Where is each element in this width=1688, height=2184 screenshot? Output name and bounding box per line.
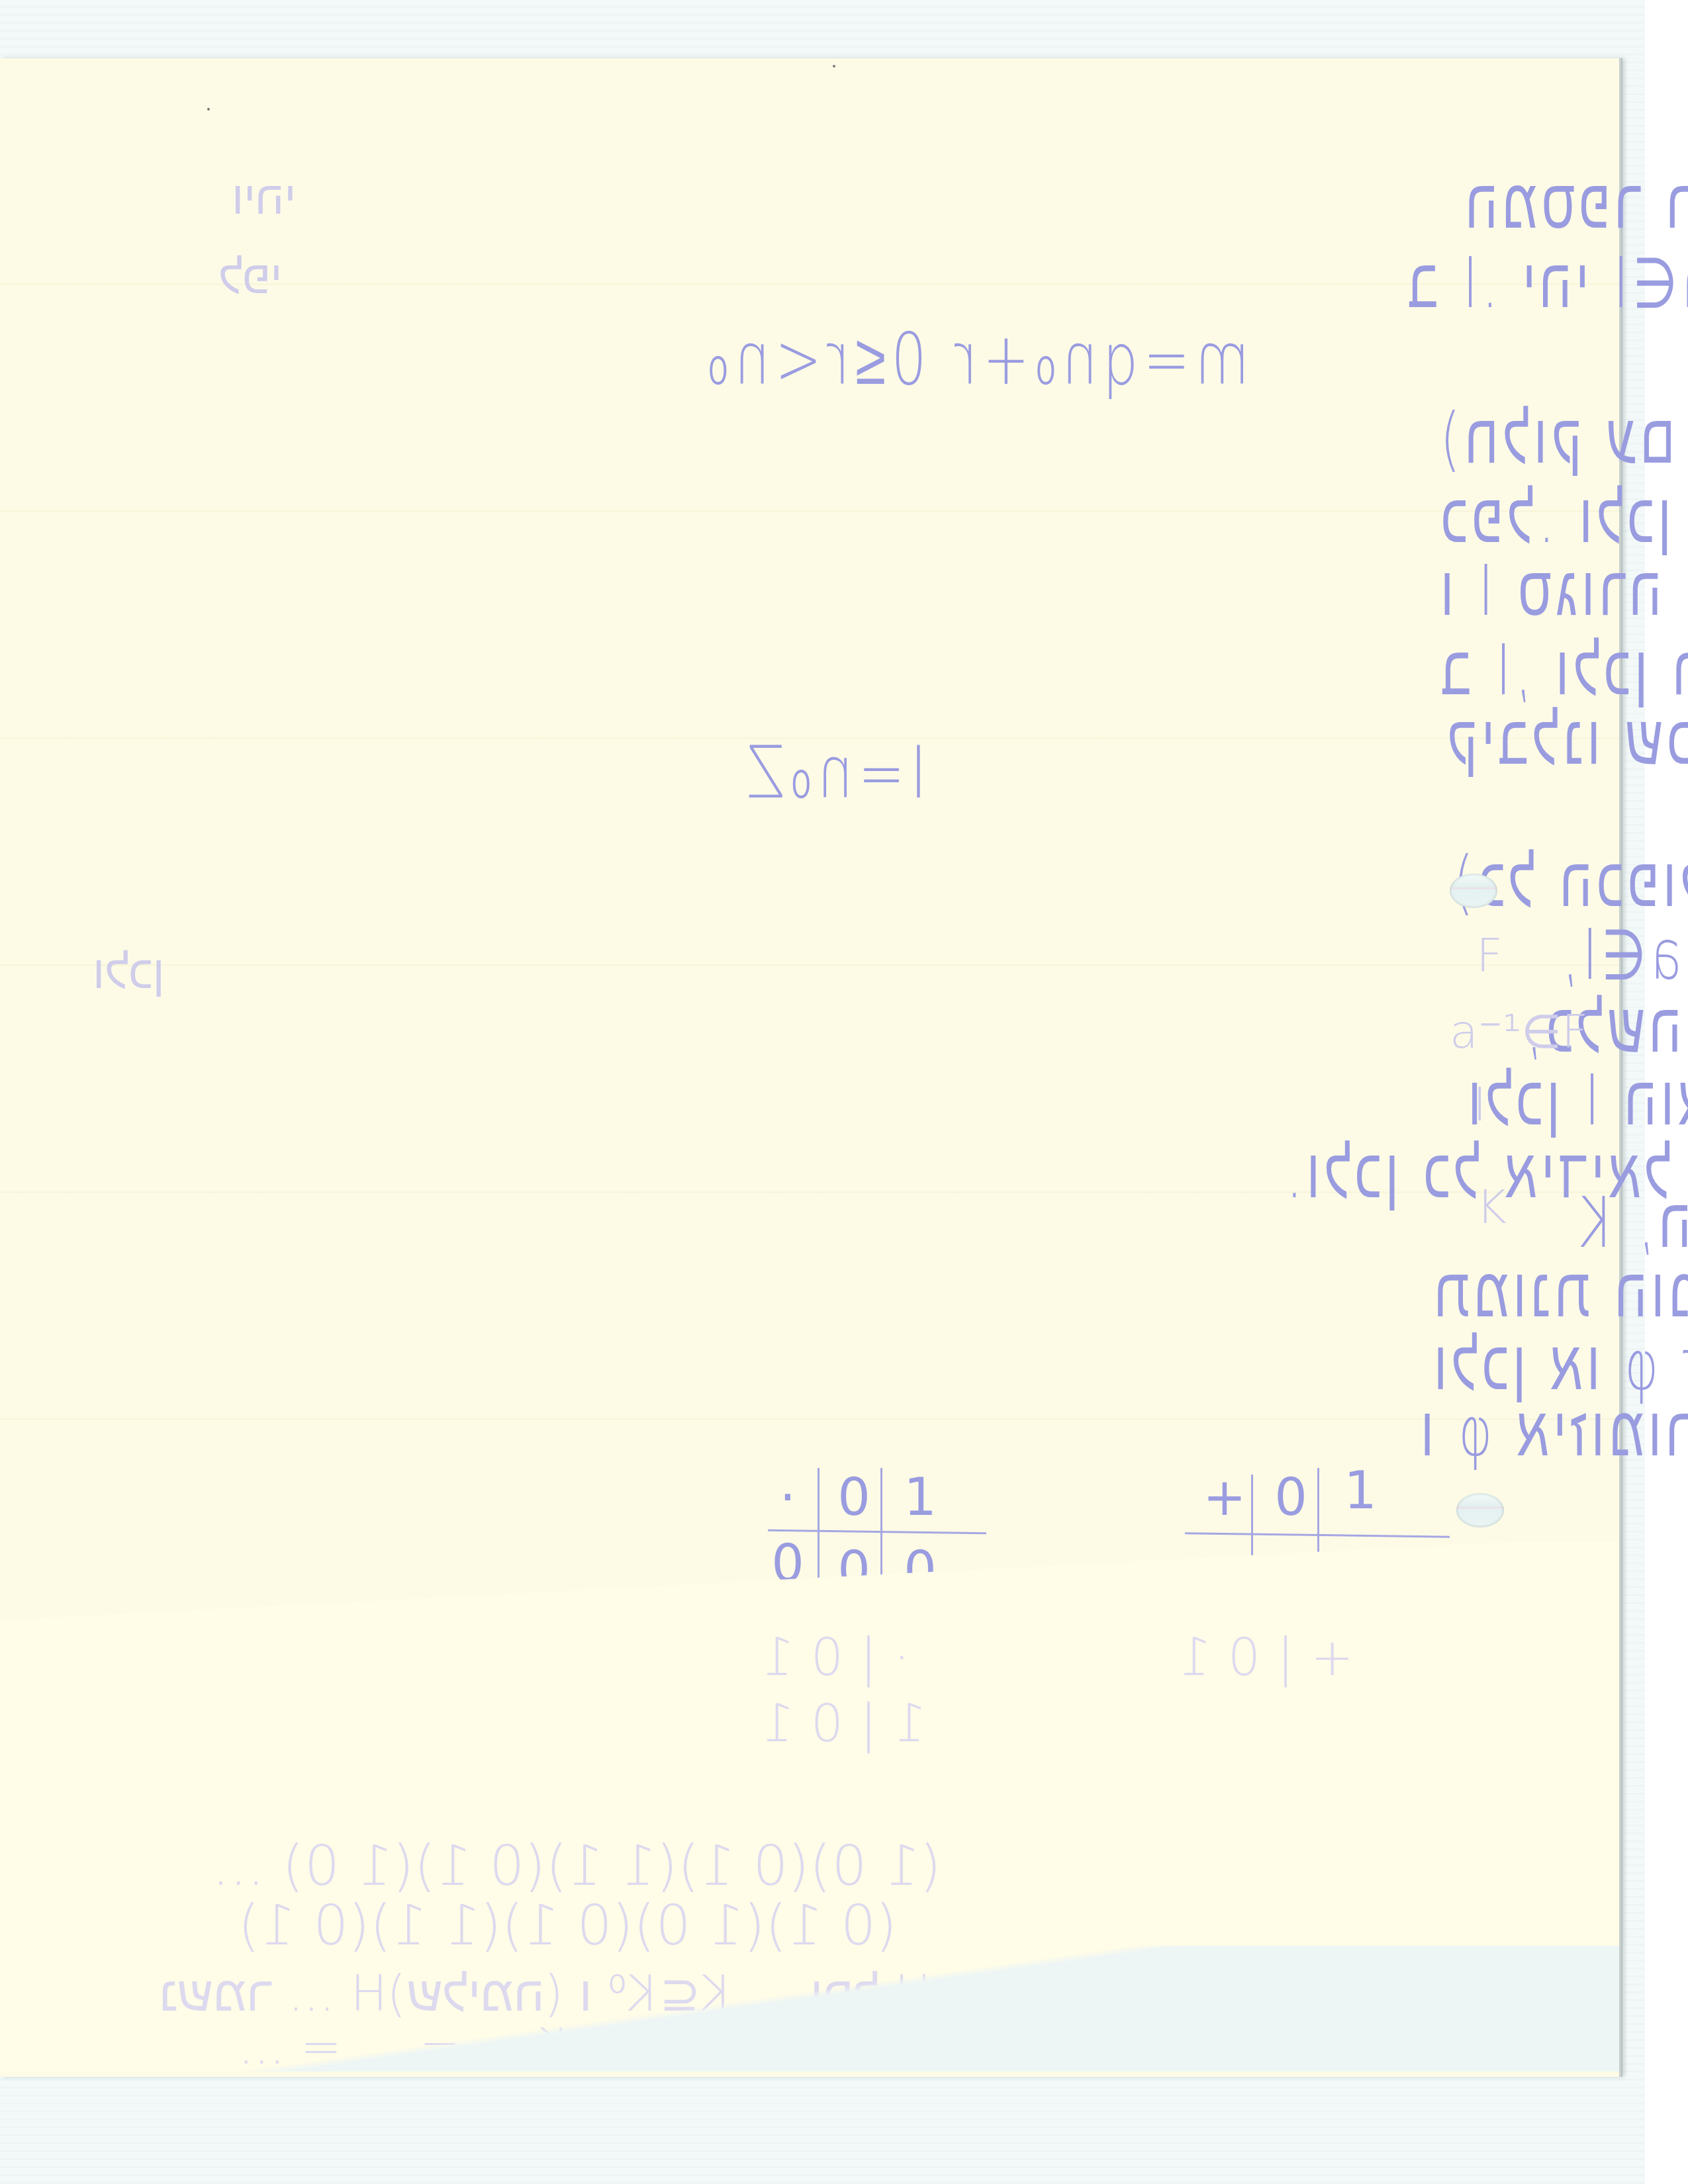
faint-line: + | 0 1	[1178, 1628, 1354, 1688]
table-operator: ·	[761, 1468, 814, 1527]
scanned-page: ויהי לפי I⊂Z אידאל ויהי n₀ המספר החיובי …	[0, 0, 1688, 2184]
equation-division: m=qn₀+r 0≤r<n₀	[702, 316, 1249, 400]
table-header: 1	[1334, 1461, 1387, 1521]
note-line-6: ו I סגורה לחיסור. r<n₀ ו n₀ הוא החיובי ה…	[1436, 551, 1688, 632]
faint-line: (1 0)(0 1)(1 1)(0 1)(1 0) ...	[212, 1833, 941, 1898]
margin-note: לפי	[218, 250, 283, 304]
faint-line: · | 0 1	[761, 1628, 910, 1688]
punch-hole	[1456, 1493, 1504, 1527]
lower-sheet: · | 0 1 1 | 0 1 + | 0 1 (1 0)(0 1)(1 1)(…	[0, 1542, 1619, 2071]
sheet-edge	[0, 1946, 1619, 2071]
note-line-16: תמונת הומומורפית של F). אזי ker φ הוא אי…	[1430, 1252, 1688, 1334]
table-header: 1	[894, 1468, 947, 1527]
note-line-13: b=b·1∈F·I⊂I, וקיבלנו שכל איבר ב F הוא ב …	[1417, 1060, 1688, 1142]
punch-hole	[1450, 874, 1497, 908]
note-line-5: כפל. ולכן r=m−qn₀∈I כי m ו qn₀ הם ב I	[1436, 478, 1688, 559]
add-table: + 0 1	[1185, 1468, 1450, 1561]
table-rule	[818, 1468, 820, 1594]
faint-line: 1 | 0 1	[761, 1694, 927, 1754]
note-line-8: קיבלנו שכל איבר ב I הוא כפולה של n₀, ולכ…	[1443, 700, 1688, 781]
table-operator: +	[1198, 1468, 1251, 1527]
table-header: 0	[1264, 1468, 1317, 1527]
note-line-4: (חלוק עם שארית.) ואז qn₀∈I כי n₀∈I ו I מ…	[1436, 398, 1688, 480]
margin-note: ויהי	[232, 171, 297, 225]
margin-note: F	[1476, 929, 1503, 983]
margin-note: ולכן	[93, 945, 165, 999]
speck	[833, 65, 835, 68]
margin-note: a⁻¹∈F	[1450, 1005, 1588, 1059]
margin-note: I	[1473, 1077, 1487, 1132]
equation-ideal: I=n₀Z	[741, 730, 927, 814]
speck	[207, 108, 210, 111]
note-line-11: F שדה, I⊂F אידיאל שאינו {0}. יהי 0≠a∈I,	[1436, 915, 1688, 996]
margin-note: K	[1476, 1180, 1507, 1234]
table-header: 0	[827, 1468, 880, 1527]
note-line-18: ו φ איזומורפיזם, כלומר, K≅F.	[1417, 1391, 1688, 1473]
note-line-2: ב I. יהי m∈I כלשהו. אזי m ניתן להציג כצו…	[1403, 243, 1688, 324]
note-line-1: I⊂Z אידאל ויהי n₀ המספר החיובי המינימלי	[1390, 163, 1688, 245]
